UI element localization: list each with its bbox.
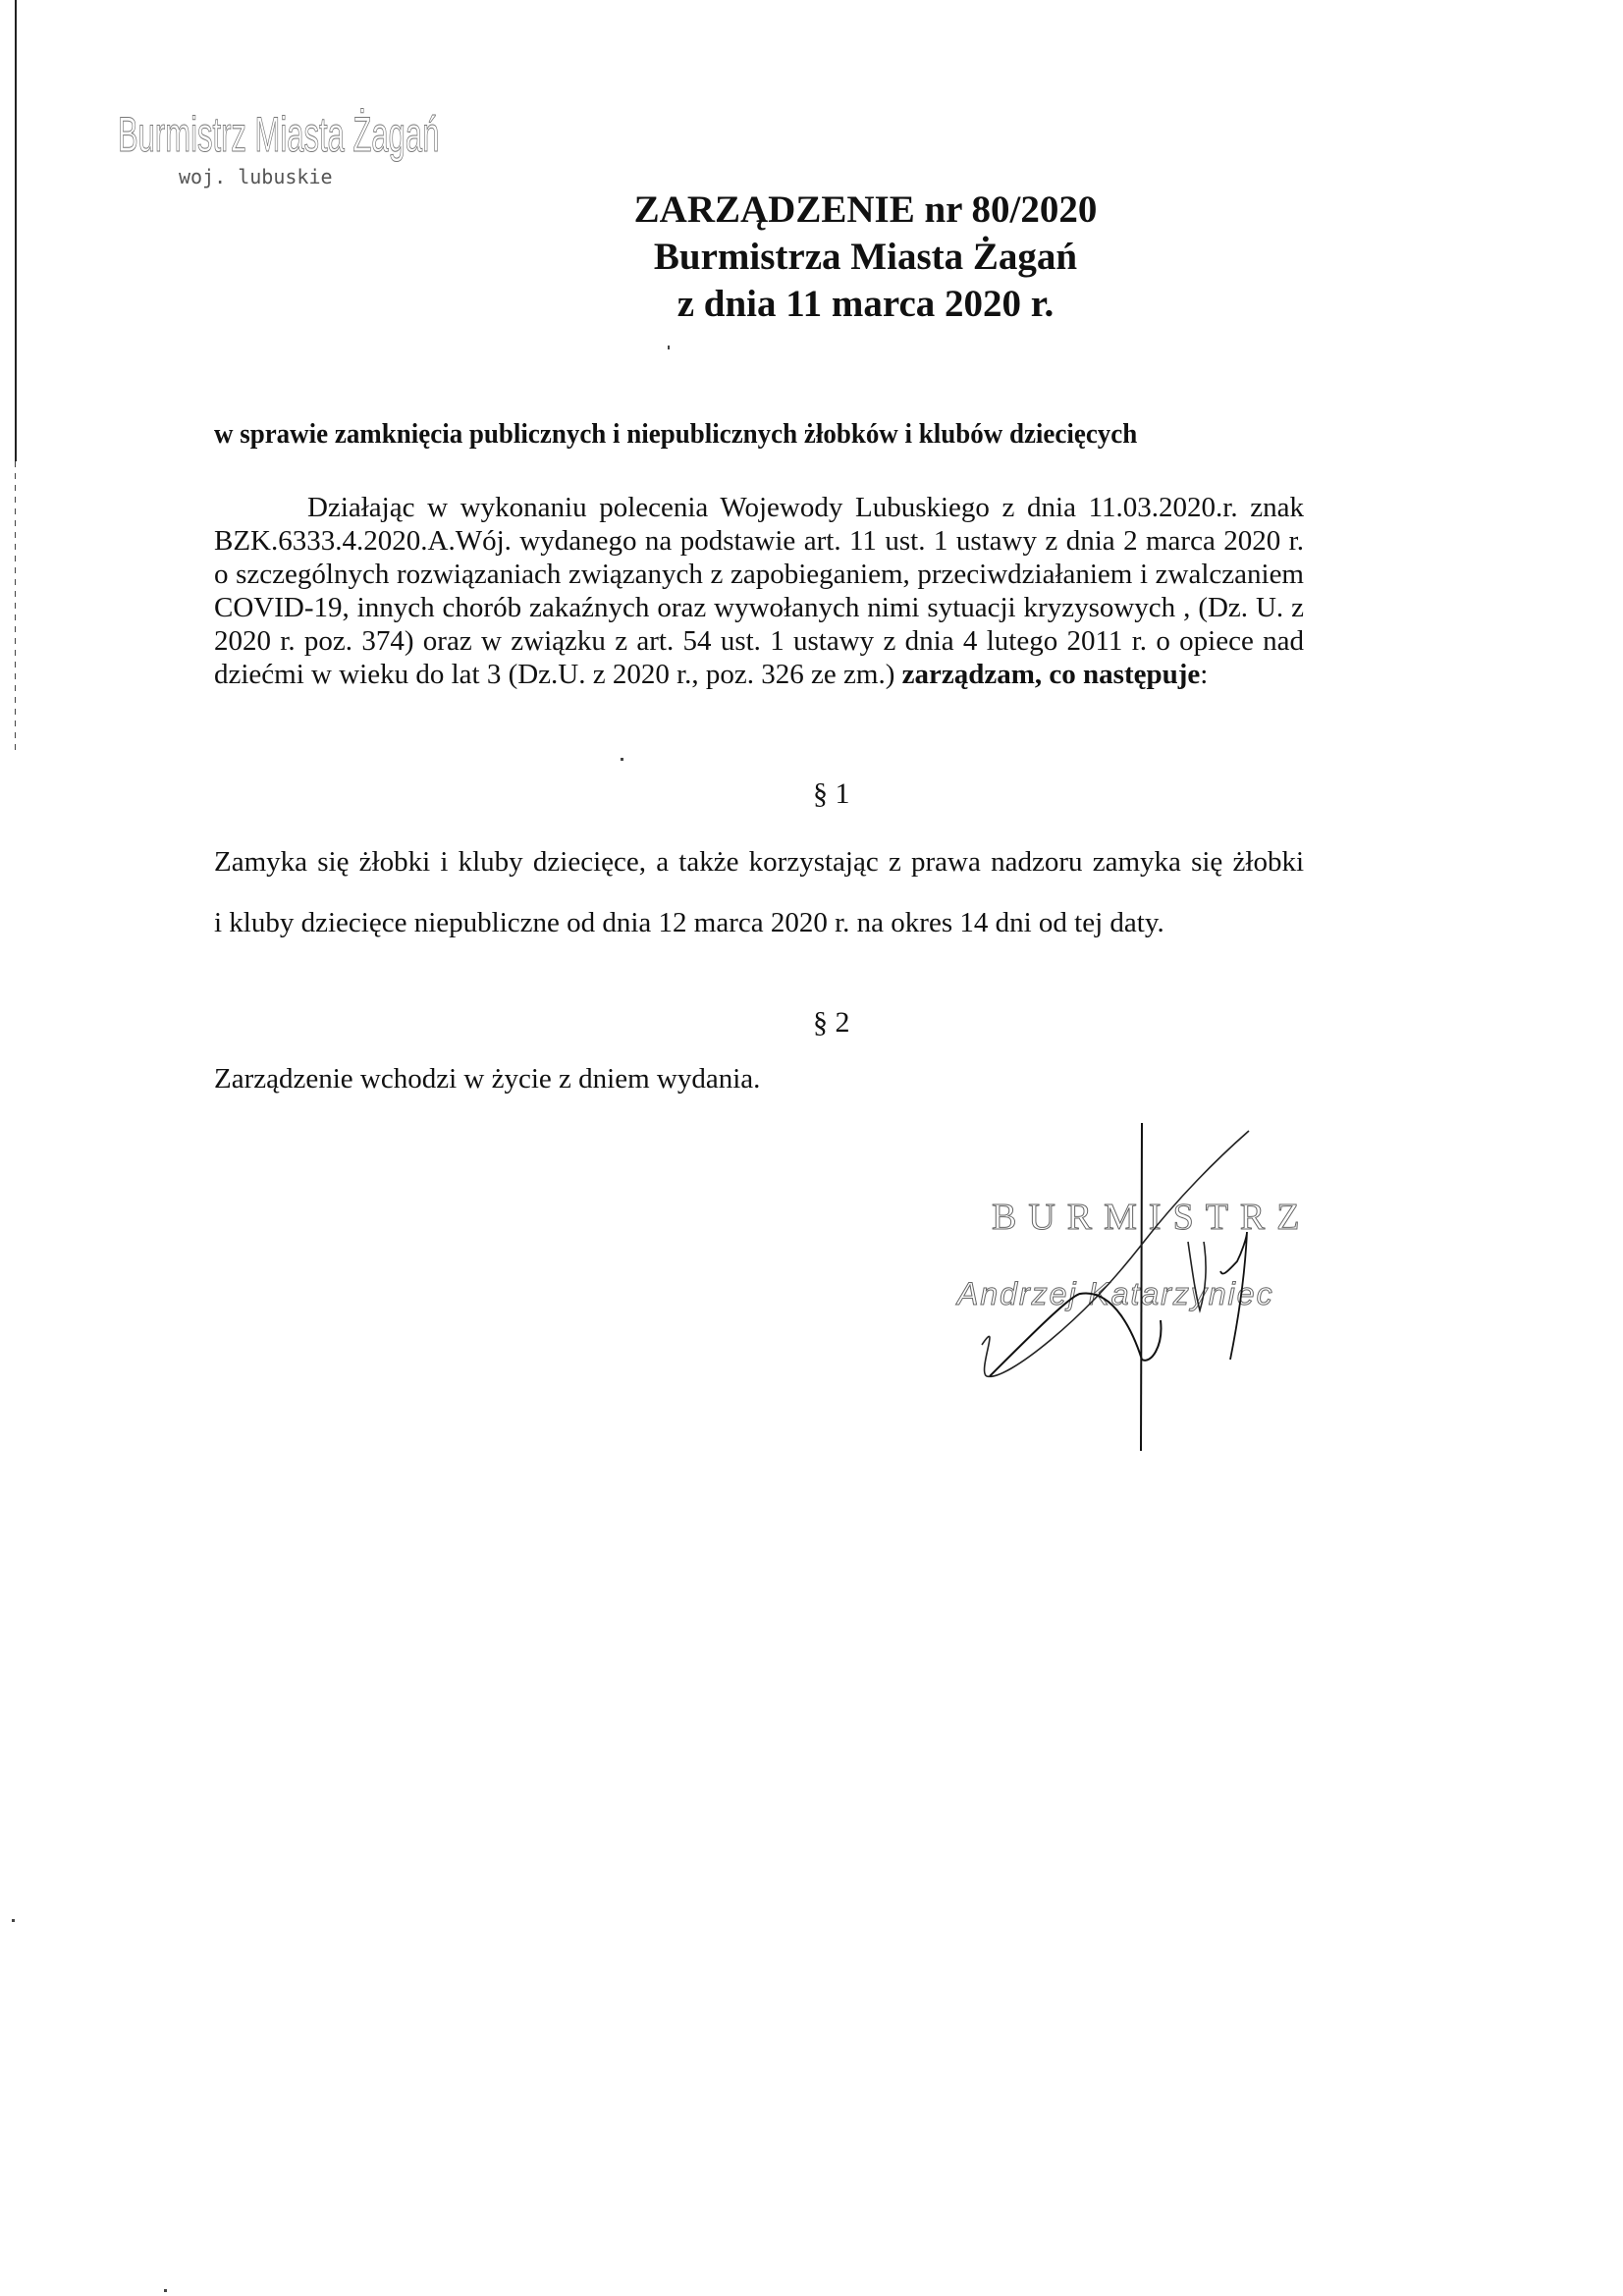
- section-2-mark: § 2: [813, 1006, 850, 1040]
- preamble-paragraph: Działając w wykonaniu polecenia Wojewody…: [214, 491, 1304, 691]
- letterhead-title: Burmistrz Miasta Żagań: [118, 106, 439, 163]
- scan-speck: [621, 758, 623, 761]
- scan-speck: [12, 1919, 15, 1922]
- preamble-line: COVID-19, innych chorób zakaźnych oraz w…: [214, 591, 1304, 624]
- section-2-line: Zarządzenie wchodzi w życie z dniem wyda…: [214, 1062, 1304, 1095]
- scan-speck: [668, 346, 670, 349]
- document-subject: w sprawie zamknięcia publicznych i niepu…: [214, 418, 1137, 451]
- section-1-line: i kluby dziecięce niepubliczne od dnia 1…: [214, 892, 1304, 953]
- scan-edge-line-faded: [15, 461, 16, 756]
- document-heading: ZARZĄDZENIE nr 80/2020 Burmistrza Miasta…: [0, 187, 1623, 328]
- preamble-last-line: dziećmi w wieku do lat 3 (Dz.U. z 2020 r…: [214, 658, 1304, 691]
- preamble-text: dziećmi w wieku do lat 3 (Dz.U. z 2020 r…: [214, 659, 902, 690]
- preamble-line: Działając w wykonaniu polecenia Wojewody…: [214, 491, 1304, 524]
- heading-order-number: ZARZĄDZENIE nr 80/2020: [54, 187, 1623, 234]
- preamble-line: o szczególnych rozwiązaniach związanych …: [214, 558, 1304, 591]
- section-1-line: Zamyka się żłobki i kluby dziecięce, a t…: [214, 831, 1304, 892]
- scan-speck: [164, 2289, 167, 2292]
- enacting-clause: zarządzam, co następuje: [902, 659, 1201, 690]
- section-1-mark: § 1: [813, 777, 850, 811]
- letterhead-subtitle: woj. lubuskie: [179, 165, 333, 188]
- handwritten-signature: [943, 1119, 1355, 1453]
- section-1-text: Zamyka się żłobki i kluby dziecięce, a t…: [214, 831, 1304, 953]
- enacting-colon: :: [1200, 659, 1208, 690]
- preamble-line: BZK.6333.4.2020.A.Wój. wydanego na podst…: [214, 524, 1304, 558]
- preamble-line: 2020 r. poz. 374) oraz w związku z art. …: [214, 624, 1304, 658]
- section-2-text: Zarządzenie wchodzi w życie z dniem wyda…: [214, 1062, 1304, 1095]
- heading-date: z dnia 11 marca 2020 r.: [54, 281, 1623, 328]
- heading-issuer: Burmistrza Miasta Żagań: [54, 234, 1623, 281]
